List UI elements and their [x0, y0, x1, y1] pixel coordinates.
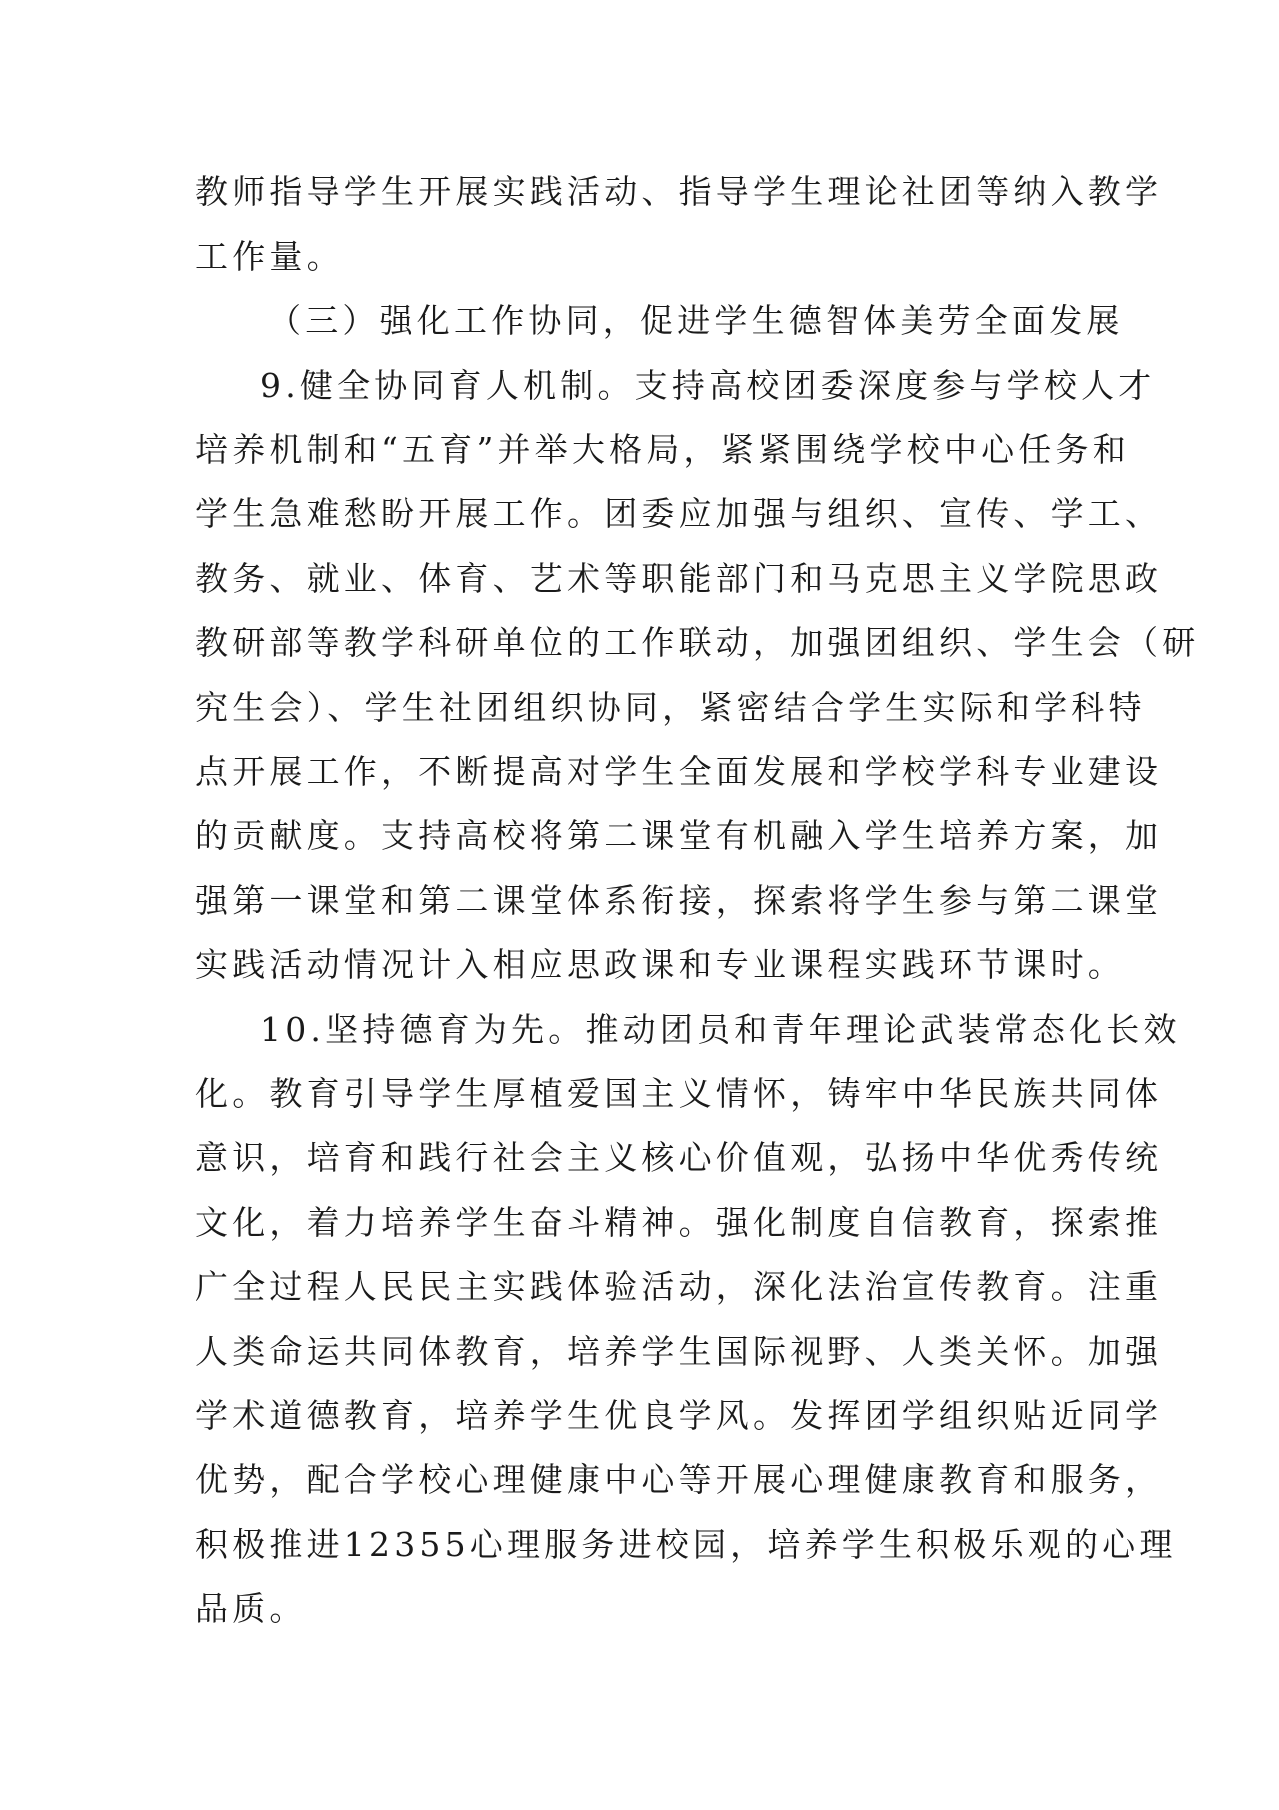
paragraph-line: 学生急难愁盼开展工作。团委应加强与组织、宣传、学工、	[195, 494, 1085, 534]
paragraph-line: 意识，培育和践行社会主义核心价值观，弘扬中华优秀传统	[195, 1138, 1085, 1178]
section-heading: （三）强化工作协同，促进学生德智体美劳全面发展	[268, 301, 1158, 341]
paragraph-line: 文化，着力培养学生奋斗精神。强化制度自信教育，探索推	[195, 1203, 1085, 1243]
paragraph-line: 品质。	[195, 1589, 1085, 1629]
paragraph-line: 人类命运共同体教育，培养学生国际视野、人类关怀。加强	[195, 1332, 1085, 1372]
paragraph-line: 培养机制和“五育”并举大格局，紧紧围绕学校中心任务和	[195, 430, 1085, 470]
paragraph-line: 教研部等教学科研单位的工作联动，加强团组织、学生会（研	[195, 623, 1085, 663]
paragraph-line: 强第一课堂和第二课堂体系衔接，探索将学生参与第二课堂	[195, 881, 1085, 921]
paragraph-line: 学术道德教育，培养学生优良学风。发挥团学组织贴近同学	[195, 1396, 1085, 1436]
paragraph-line: 教师指导学生开展实践活动、指导学生理论社团等纳入教学	[195, 172, 1085, 212]
paragraph-line: 广全过程人民民主实践体验活动，深化法治宣传教育。注重	[195, 1267, 1085, 1307]
paragraph-line: 点开展工作，不断提高对学生全面发展和学校学科专业建设	[195, 752, 1085, 792]
paragraph-line: 实践活动情况计入相应思政课和专业课程实践环节课时。	[195, 945, 1085, 985]
paragraph-line: 工作量。	[195, 237, 1085, 277]
paragraph-line: 究生会）、学生社团组织协同，紧密结合学生实际和学科特	[195, 688, 1085, 728]
paragraph-line: 的贡献度。支持高校将第二课堂有机融入学生培养方案，加	[195, 816, 1085, 856]
document-page: 教师指导学生开展实践活动、指导学生理论社团等纳入教学 工作量。 （三）强化工作协…	[0, 0, 1279, 1810]
paragraph-line: 优势，配合学校心理健康中心等开展心理健康教育和服务，	[195, 1460, 1085, 1500]
paragraph-line: 化。教育引导学生厚植爱国主义情怀，铸牢中华民族共同体	[195, 1074, 1085, 1114]
paragraph-line: 10.坚持德育为先。推动团员和青年理论武装常态化长效	[260, 1010, 1150, 1050]
paragraph-line: 教务、就业、体育、艺术等职能部门和马克思主义学院思政	[195, 559, 1085, 599]
paragraph-line: 积极推进12355心理服务进校园，培养学生积极乐观的心理	[195, 1525, 1085, 1565]
paragraph-line: 9.健全协同育人机制。支持高校团委深度参与学校人才	[260, 366, 1150, 406]
